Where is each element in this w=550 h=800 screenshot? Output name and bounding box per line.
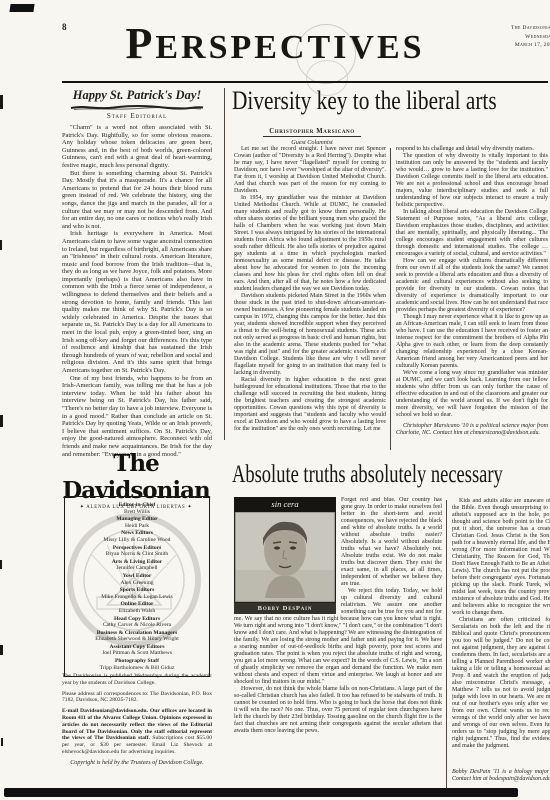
editorial-paragraph: One of my best friends, who happens to b… (62, 375, 212, 459)
diversity-signoff: Christopher Marsicano '10 is a political… (396, 423, 548, 437)
staff-entry: Sports Editors Mike Frongello & Logan Le… (68, 587, 206, 600)
staff-names: Elizabeth Sherwood & Hilary Wright (68, 636, 206, 643)
scan-edge-dash (0, 415, 3, 427)
staff-box: Editor-in-Chief Brett Willis Managing Ed… (64, 496, 210, 677)
scan-edge-dash (0, 560, 2, 569)
staff-names: Alex Greening (68, 580, 206, 587)
page-number: 8 (62, 22, 67, 32)
staff-entry: Photography Staff Tripp Bartholomew & Bi… (68, 658, 206, 671)
article-paragraph: respond to his challenge and detail why … (396, 146, 548, 153)
truths-signoff-block: Bobby DesPain '11 is a biology major fro… (452, 769, 550, 783)
folio-paper-name: The Davidsonian, (470, 24, 550, 33)
columnist-photo-block: sin cera Bobby DesPain (234, 497, 336, 614)
article-paragraph: Though I may never experience what it is… (396, 314, 548, 370)
staff-names: Joel Pittman & Scott Matthews (68, 650, 206, 657)
staff-role: Business & Circulation Managers (68, 630, 206, 637)
column-divider (446, 500, 447, 788)
staff-entry: News Editors Missy Lilly & Caroline Wood (68, 530, 206, 543)
article-paragraph: In talking about liberal arts education … (396, 209, 548, 258)
article-paragraph: However, do not think the whole blame fa… (234, 686, 442, 735)
staff-names: Tripp Bartholomew & Bill Giduz (68, 665, 206, 672)
truths-column-wide: sin cera Bobby DesPain (234, 497, 442, 791)
article-paragraph: Let me set the record straight. I have n… (234, 146, 386, 195)
staff-names: Missy Lilly & Caroline Wood (68, 537, 206, 544)
staff-role: News Editors (68, 530, 206, 537)
column-divider (224, 88, 225, 440)
article-paragraph: Racial diversity in higher education is … (234, 377, 386, 433)
column-divider (390, 148, 391, 450)
staff-names: Brett Willis (68, 509, 206, 516)
staff-role: Perspectives Editors (68, 545, 206, 552)
truths-headline: Absolute truths absolutely necessary (232, 461, 503, 489)
staff-entry: Perspectives Editors Bryan Norris & Clin… (68, 545, 206, 558)
author-portrait-image (235, 512, 335, 602)
staff-role: Managing Editor (68, 516, 206, 523)
staff-role: Sports Editors (68, 587, 206, 594)
diversity-column-2: respond to his challenge and detail why … (396, 146, 548, 437)
article-paragraph: How can we engage with cultures dramatic… (396, 258, 548, 314)
article-paragraph: Christians are often criticized for bein… (452, 617, 550, 750)
staff-entry: Business & Circulation Managers Elizabet… (68, 630, 206, 643)
staff-names: Elizabeth Walsh (68, 608, 206, 615)
folio-date: March 17, 2010 (470, 41, 550, 50)
publication-info: The Davidsonian is published Wednesdays … (62, 673, 212, 766)
diversity-headline: Diversity key to the liberal arts (232, 86, 497, 116)
staff-names: Cathy Carver & Nicole Rivera (68, 622, 206, 629)
pub-info-paragraph: The Davidsonian is published Wednesdays … (62, 673, 212, 687)
staff-entry: Head Copy Editors Cathy Carver & Nicole … (68, 616, 206, 629)
diversity-column-1: Let me set the record straight. I have n… (234, 146, 386, 433)
staff-names: Jennifer Campbell (68, 565, 206, 572)
staff-role: Assistant Copy Editors (68, 644, 206, 651)
scan-edge-dash (0, 645, 3, 655)
article-paragraph: The question of why diversity is vitally… (396, 153, 548, 209)
photo-caption: Bobby DesPain (234, 603, 336, 614)
diversity-byline: Christopher Marsicano Guest Columnist (232, 120, 392, 146)
pub-info-paragraph: Please address all correspondences to: T… (62, 691, 212, 705)
scan-edge-dash (1, 738, 3, 746)
scan-edge-dash (0, 240, 2, 250)
decorative-squiggle (68, 104, 206, 111)
staff-entry: Arts & Living Editor Jennifer Campbell (68, 559, 206, 572)
editorial-paragraph: Irish heritage is everywhere in America.… (62, 230, 212, 374)
copyright-line: Copyright is held by the Trustees of Dav… (62, 760, 212, 766)
staff-role: Photography Staff (68, 658, 206, 665)
article-paragraph: Kids and adults alike are unaware of the… (452, 498, 550, 617)
header-rule (62, 81, 548, 83)
diversity-author: Christopher Marsicano (263, 128, 361, 137)
staff-names: Bryan Norris & Clint Smith (68, 551, 206, 558)
editorial-paragraph: "Charm" is a word not often associated w… (62, 124, 212, 170)
pub-info-paragraph: E-mail Davidsonian@davidson.edu. Our off… (62, 708, 212, 756)
article-paragraph: Davidson students picketed Main Street i… (234, 293, 386, 377)
staff-entry: Editor-in-Chief Brett Willis (68, 502, 206, 515)
diversity-author-role: Guest Columnist (232, 139, 392, 146)
truths-signoff: Bobby DesPain '11 is a biology major fro… (452, 769, 550, 783)
staff-names: Heidi Park (68, 523, 206, 530)
truths-column-right: Kids and adults alike are unaware of the… (452, 498, 550, 766)
staff-role: Online Editor (68, 601, 206, 608)
scan-corner-mark (9, 4, 34, 12)
scan-edge-dash (0, 95, 3, 109)
column-name-banner: sin cera (234, 497, 336, 512)
section-title: Perspectives (90, 18, 460, 69)
staff-entry: Assistant Copy Editors Joel Pittman & Sc… (68, 644, 206, 657)
staff-entry: Yowl Editor Alex Greening (68, 573, 206, 586)
staff-editorial-article: Happy St. Patrick's Day! Staff Editorial… (62, 88, 212, 458)
staff-role: Head Copy Editors (68, 616, 206, 623)
author-photo (234, 512, 336, 603)
editorial-body: "Charm" is a word not often associated w… (62, 124, 212, 458)
folio-block: The Davidsonian, Wednesday, March 17, 20… (470, 24, 550, 50)
article-paragraph: In 1954, my grandfather was the minister… (234, 195, 386, 293)
editorial-title: Happy St. Patrick's Day! (62, 88, 212, 103)
staff-role: Yowl Editor (68, 573, 206, 580)
staff-names: Mike Frongello & Logan Lewis (68, 594, 206, 601)
editorial-paragraph: But there is something charming about St… (62, 170, 212, 231)
staff-entry: Managing Editor Heidi Park (68, 516, 206, 529)
editorial-kicker: Staff Editorial (62, 112, 212, 120)
staff-entry: Online Editor Elizabeth Walsh (68, 601, 206, 614)
staff-role: Editor-in-Chief (68, 502, 206, 509)
folio-day: Wednesday, (470, 33, 550, 42)
newspaper-page: 8 Perspectives The Davidsonian, Wednesda… (0, 0, 550, 800)
article-paragraph: We've come a long way since my grandfath… (396, 370, 548, 419)
